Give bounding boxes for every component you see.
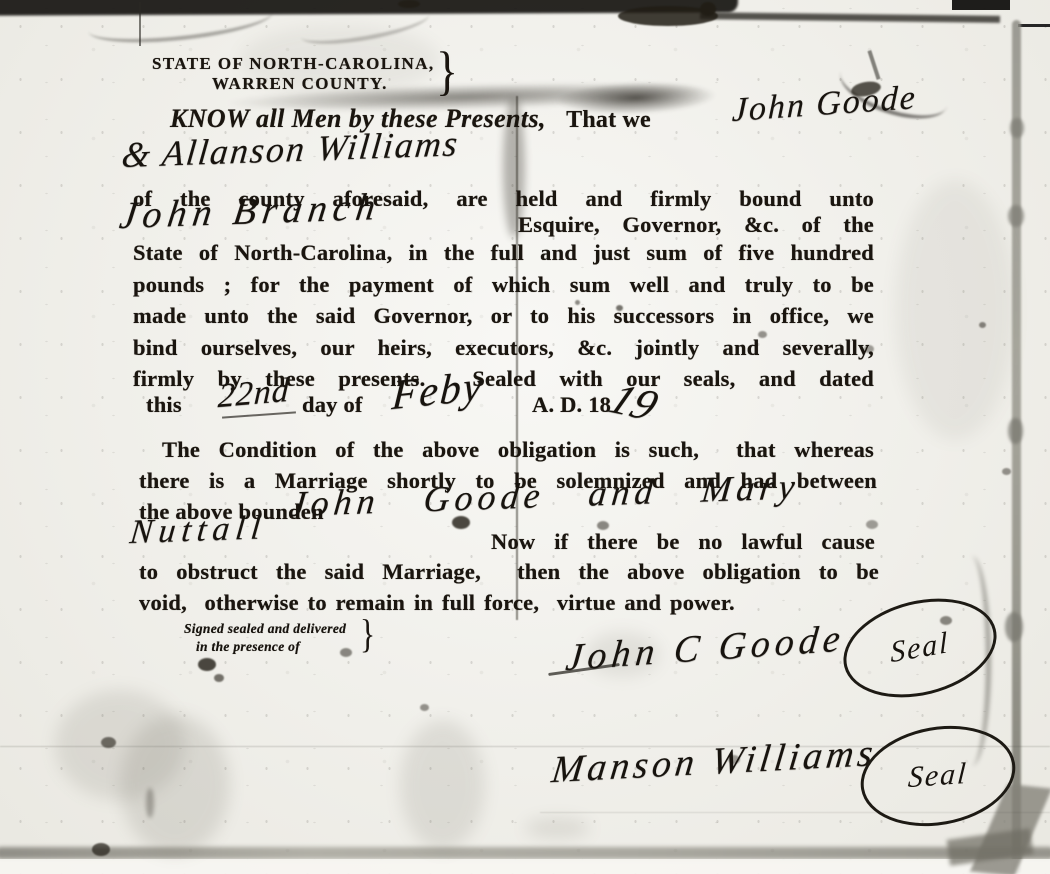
bond-line-governor: made unto the said Governor, or to his s… [133, 303, 874, 329]
ink-spot [198, 658, 216, 671]
handwritten-bride-surname: Nuttall [128, 509, 268, 552]
bond-line-state-sum: State of North-Carolina, in the full and… [133, 240, 874, 266]
header-brace: } [436, 44, 458, 98]
seal-label: Seal [907, 757, 969, 795]
header-state-line: STATE OF NORTH-CAROLINA, [152, 54, 435, 74]
bond-line-pounds: pounds ; for the payment of which sum we… [133, 272, 874, 298]
bond-line-bind: bind ourselves, our heirs, executors, &c… [133, 335, 874, 361]
top-right-corner-mark [952, 0, 1010, 10]
signature-second: Manson Williams [549, 731, 879, 792]
top-right-edge-line [1018, 24, 1050, 27]
opening-after: That we [566, 107, 651, 133]
condition-line: The Condition of the above obligation is… [162, 437, 874, 463]
attestation-line2: in the presence of [196, 638, 346, 656]
attestation-line1: Signed sealed and delivered [184, 620, 346, 638]
paper-stain [895, 180, 1015, 440]
condition-void-line: void, otherwise to remain in full force,… [139, 590, 735, 616]
date-ad: A. D. 18 [532, 392, 611, 418]
handwritten-governor-name: John Branch [117, 185, 384, 238]
attestation-block: Signed sealed and delivered in the prese… [184, 620, 346, 655]
header-county-line: WARREN COUNTY. [212, 74, 388, 94]
ink-spot [101, 737, 116, 748]
top-edge-streak [700, 12, 1000, 23]
seal-label: Seal [890, 626, 950, 671]
tear-bump [1008, 205, 1024, 227]
marriage-bond-document: STATE OF NORTH-CAROLINA, WARREN COUNTY. … [0, 0, 1050, 874]
ink-spot [214, 674, 224, 682]
tear-bump [1005, 612, 1023, 642]
paper-stain [120, 715, 230, 855]
date-day-of: day of [302, 392, 363, 418]
ink-spot [1002, 468, 1011, 475]
ink-spot [420, 704, 429, 711]
ink-spot [700, 2, 716, 16]
ink-spot [146, 788, 154, 818]
date-this: this [146, 392, 182, 418]
paper-stain [525, 818, 590, 838]
condition-lawful-line: Now if there be no lawful cause [491, 529, 875, 555]
pen-mark-top-left [139, 2, 141, 46]
handwritten-groom-name: John Goode [731, 79, 917, 130]
ink-spot [866, 520, 878, 529]
signature-first: John C Goode [564, 616, 848, 680]
condition-obstruct-line: to obstruct the said Marriage, then the … [139, 559, 879, 585]
attestation-brace: } [360, 614, 375, 654]
ink-spot [92, 843, 110, 856]
ink-spot [398, 0, 420, 8]
scan-background-bottom [0, 859, 1050, 874]
paper-stain [400, 720, 485, 850]
handwritten-month: Feby [390, 362, 485, 420]
tear-bump [1008, 418, 1023, 444]
tear-bump [1010, 118, 1024, 138]
handwritten-day: 22nd [217, 372, 291, 417]
ink-spot [979, 322, 986, 328]
bond-line-esquire: Esquire, Governor, &c. of the [518, 212, 874, 238]
